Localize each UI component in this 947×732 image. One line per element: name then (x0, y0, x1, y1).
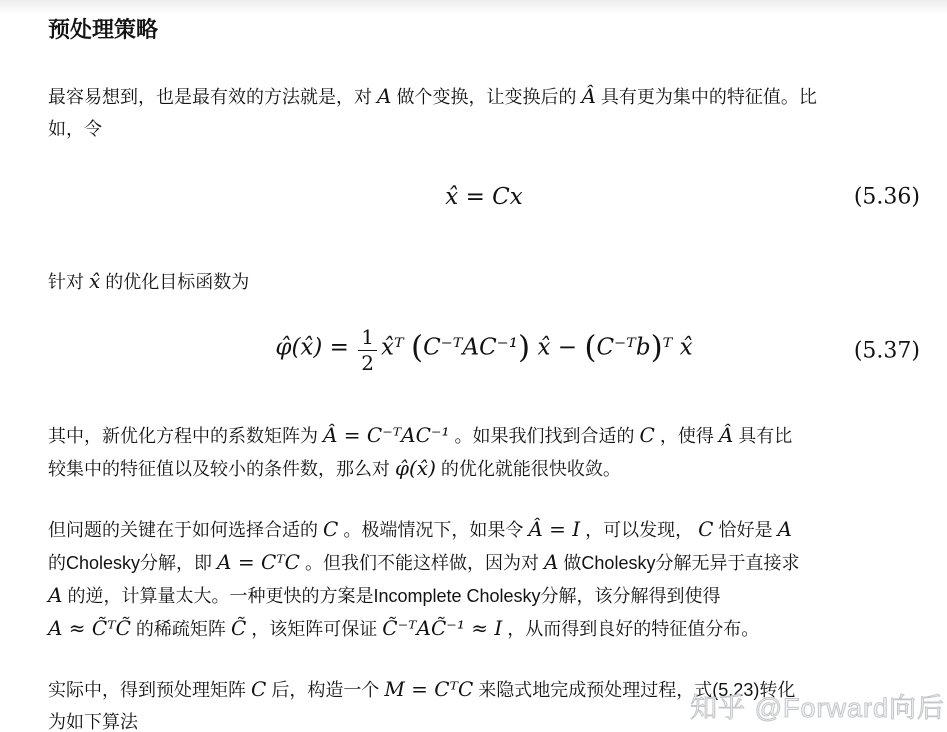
math-run: A (48, 583, 62, 607)
article: 预处理策略 最容易想到，也是最有效的方法就是，对 A 做个变换，让变换后的 Â … (0, 14, 947, 732)
math-run: C (698, 517, 713, 541)
fraction: 12 (358, 326, 377, 375)
display-formula: φ̂(x̂) = 12x̂ᵀ (C⁻ᵀAC⁻¹) x̂ − (C⁻ᵀb)ᵀ x̂… (48, 326, 920, 375)
math-run: x̂ = Cx (445, 184, 522, 210)
text-run: 为如下算法 (48, 712, 138, 732)
fraction-denominator: 2 (358, 351, 377, 375)
math-run: M = CᵀC (384, 677, 473, 701)
text-run: 。但我们不能这样做，因为对 (300, 553, 544, 573)
math-run: C⁻ᵀAC⁻¹ (423, 335, 518, 361)
text-run: 。如果我们找到合适的 (450, 426, 640, 446)
text-run: 如，令 (48, 119, 102, 139)
math-run: x̂ (89, 269, 100, 293)
math-run: Â (581, 84, 595, 108)
paragraph: 其中，新优化方程中的系数矩阵为 Â = C⁻ᵀAC⁻¹ 。如果我们找到合适的 C… (48, 419, 920, 485)
math-run: C̃⁻ᵀAC̃⁻¹ ≈ I (382, 616, 502, 640)
text-run: 较集中的特征值以及较小的条件数，那么对 (48, 459, 395, 479)
page-title: 预处理策略 (48, 16, 920, 44)
equation-number: (5.37) (854, 338, 920, 363)
math-run: Â = C⁻ᵀAC⁻¹ (323, 423, 450, 447)
formula-body: x̂ = Cx (445, 184, 522, 210)
text-run: 的逆，计算量太大。一种更快的方案是Incomplete Cholesky分解，该… (62, 586, 720, 606)
math-run: Â (719, 423, 733, 447)
text-run: 做个变换，让变换后的 (391, 87, 581, 107)
text-run: 后，构造一个 (266, 680, 384, 700)
formula-body: φ̂(x̂) = 12x̂ᵀ (C⁻ᵀAC⁻¹) x̂ − (C⁻ᵀb)ᵀ x̂ (275, 326, 692, 375)
text-run: 的稀疏矩阵 (131, 619, 231, 639)
equation-number: (5.36) (854, 185, 920, 210)
text-run: 恰好是 (713, 520, 777, 540)
paragraph: 但问题的关键在于如何选择合适的 C 。极端情况下，如果令 Â = I ，可以发现… (48, 513, 920, 645)
text-run: 实际中，得到预处理矩阵 (48, 680, 251, 700)
text-run: 的优化目标函数为 (100, 272, 249, 292)
text-run: 的优化就能很快收敛。 (436, 459, 621, 479)
math-run: φ̂(x̂) = (275, 335, 356, 361)
math-run: Â = I (528, 517, 580, 541)
text-run: 但问题的关键在于如何选择合适的 (48, 520, 323, 540)
math-run: A (377, 84, 391, 108)
math-run: A (778, 517, 792, 541)
top-fade (0, 0, 947, 14)
page: { "page": { "heading": "预处理策略", "waterma… (0, 0, 947, 732)
math-run: C⁻ᵀb (596, 335, 650, 361)
text-run: ，使得 (655, 426, 719, 446)
math-run: A (544, 550, 558, 574)
text-run: 具有比 (733, 426, 792, 446)
text-run: 。极端情况下，如果令 (338, 520, 528, 540)
math-run: x̂ᵀ (381, 335, 411, 361)
text-run: 具有更为集中的特征值。比 (596, 87, 817, 107)
display-formula: x̂ = Cx(5.36) (48, 173, 920, 221)
math-run: C (323, 517, 338, 541)
math-run: x̂ − (530, 335, 584, 361)
math-run: A ≈ C̃ᵀC̃ (48, 616, 131, 640)
text-run: 最容易想到，也是最有效的方法就是，对 (48, 87, 377, 107)
paragraph: 实际中，得到预处理矩阵 C 后，构造一个 M = CᵀC 来隐式地完成预处理过程… (48, 673, 920, 732)
math-run: ᵀ (663, 335, 673, 361)
fraction-numerator: 1 (358, 326, 377, 351)
text-run: 的Cholesky分解，即 (48, 553, 217, 573)
math-run: C (251, 677, 266, 701)
math-run: φ̂(x̂) (395, 456, 436, 480)
math-run: ( (584, 330, 596, 366)
math-run: C̃ (231, 616, 246, 640)
text-run: 针对 (48, 272, 89, 292)
text-run: 来隐式地完成预处理过程，式(5.23)转化 (473, 680, 795, 700)
math-run: ) (518, 330, 530, 366)
paragraph: 最容易想到，也是最有效的方法就是，对 A 做个变换，让变换后的 Â 具有更为集中… (48, 80, 920, 145)
paragraph: 针对 x̂ 的优化目标函数为 (48, 265, 920, 298)
text-run: ，该矩阵可保证 (246, 619, 382, 639)
text-run: ，从而得到良好的特征值分布。 (502, 619, 759, 639)
math-run: C (640, 423, 655, 447)
text-run: 做Cholesky分解无异于直接求 (558, 553, 799, 573)
math-run: ( (411, 330, 423, 366)
math-run: ) (651, 330, 663, 366)
math-run: A = CᵀC (217, 550, 300, 574)
text-run: ，可以发现， (580, 520, 698, 540)
text-run: 其中，新优化方程中的系数矩阵为 (48, 426, 323, 446)
math-run: x̂ (672, 335, 692, 361)
article-body: 最容易想到，也是最有效的方法就是，对 A 做个变换，让变换后的 Â 具有更为集中… (48, 80, 920, 732)
